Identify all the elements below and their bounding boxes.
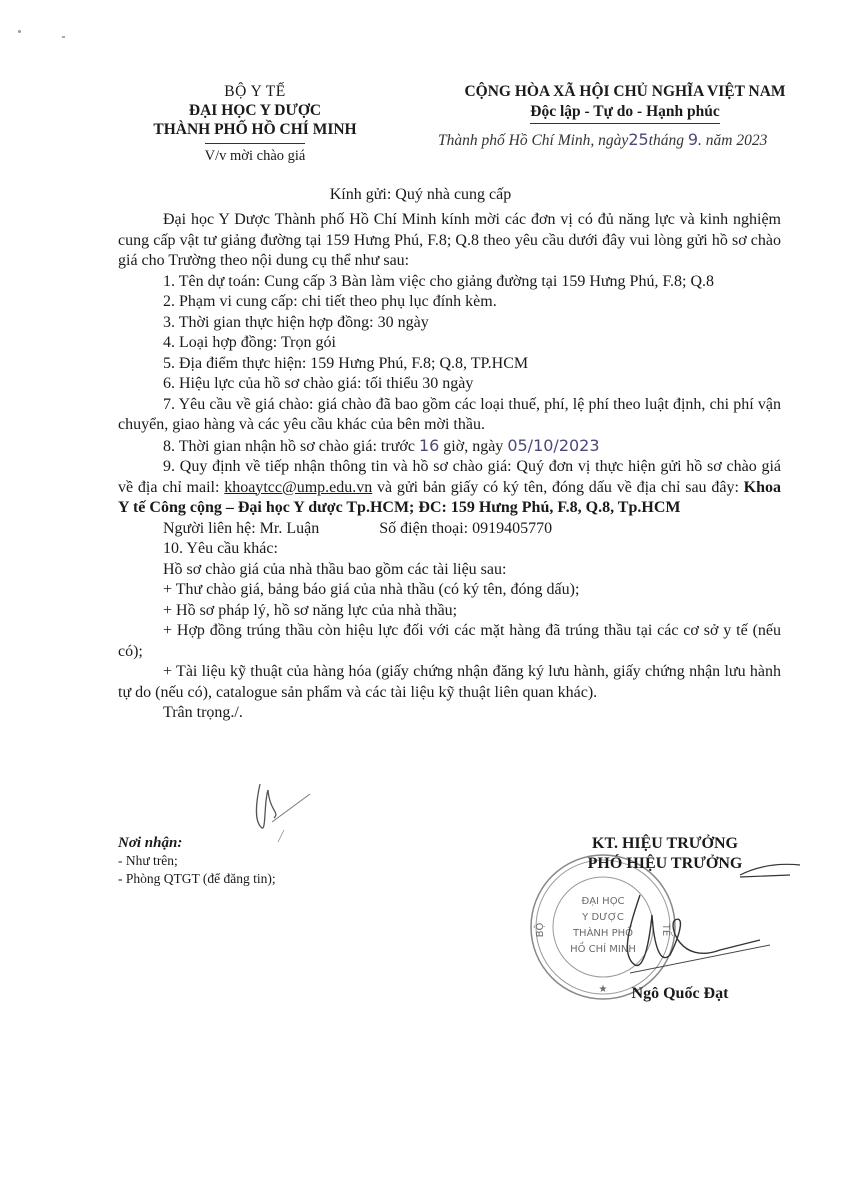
- item-9: 9. Quy định về tiếp nhận thông tin và hồ…: [118, 457, 781, 519]
- signer-name: Ngô Quốc Đạt: [585, 985, 775, 1003]
- contact-phone: Số điện thoại: 0919405770: [379, 520, 552, 537]
- subject-line: V/v mời chào giá: [120, 147, 390, 166]
- seal-left: BỘ: [533, 923, 546, 938]
- item-6: 6. Hiệu lực của hồ sơ chào giá: tối thiể…: [118, 374, 781, 395]
- item-8: 8. Thời gian nhận hồ sơ chào giá: trước …: [118, 436, 781, 458]
- handwritten-signature-icon: [590, 855, 810, 985]
- year-label: . năm 2023: [698, 132, 767, 149]
- item-4: 4. Loại hợp đồng: Trọn gói: [118, 333, 781, 354]
- item-3: 3. Thời gian thực hiện hợp đồng: 30 ngày: [118, 313, 781, 334]
- contact-row: Người liên hệ: Mr. LuậnSố điện thoại: 09…: [118, 519, 781, 540]
- handwritten-deadline-date: 05/10/2023: [507, 436, 599, 455]
- handwritten-month: 9: [688, 130, 698, 149]
- item-10-c: + Hợp đồng trúng thầu còn hiệu lực đối v…: [118, 621, 781, 662]
- item-2: 2. Phạm vi cung cấp: chi tiết theo phụ l…: [118, 292, 781, 313]
- item-10: 10. Yêu cầu khác:: [118, 539, 781, 560]
- item-8-label: 8. Thời gian nhận hồ sơ chào giá: trước: [163, 438, 419, 455]
- item-8-mid: giờ, ngày: [439, 438, 507, 455]
- item-10-b: + Hồ sơ pháp lý, hồ sơ năng lực của nhà …: [118, 601, 781, 622]
- item-7: 7. Yêu cầu về giá chào: giá chào đã bao …: [118, 395, 781, 436]
- university-name-line2: THÀNH PHỐ HỒ CHÍ MINH: [120, 120, 390, 139]
- national-header: CỘNG HÒA XÃ HỘI CHỦ NGHĨA VIỆT NAM Độc l…: [430, 82, 820, 124]
- recipients-title: Nơi nhận:: [118, 834, 276, 852]
- item-10-intro: Hồ sơ chào giá của nhà thầu bao gồm các …: [118, 560, 781, 581]
- ministry-name: BỘ Y TẾ: [120, 82, 390, 101]
- date-prefix: Thành phố Hồ Chí Minh, ngày: [438, 132, 628, 149]
- handwritten-day: 25: [628, 130, 648, 149]
- recipient-1: - Như trên;: [118, 852, 276, 870]
- national-motto: Độc lập - Tự do - Hạnh phúc: [530, 102, 719, 124]
- handwritten-hour: 16: [419, 436, 439, 455]
- item-5: 5. Địa điểm thực hiện: 159 Hưng Phú, F.8…: [118, 354, 781, 375]
- email-link[interactable]: khoaytcc@ump.edu.vn: [224, 479, 372, 496]
- item-10-a: + Thư chào giá, bảng báo giá của nhà thầ…: [118, 580, 781, 601]
- closing: Trân trọng./.: [118, 703, 781, 724]
- university-name-line1: ĐẠI HỌC Y DƯỢC: [120, 101, 390, 120]
- scan-artifact: [62, 36, 65, 38]
- scan-artifact: [18, 30, 21, 33]
- signature-title-1: KT. HIỆU TRƯỞNG: [560, 834, 770, 854]
- date-line: Thành phố Hồ Chí Minh, ngày25tháng 9. nă…: [438, 130, 767, 150]
- issuer-header: BỘ Y TẾ ĐẠI HỌC Y DƯỢC THÀNH PHỐ HỒ CHÍ …: [120, 82, 390, 166]
- recipient-2: - Phòng QTGT (để đăng tin);: [118, 870, 276, 888]
- letter-body: Đại học Y Dược Thành phố Hồ Chí Minh kín…: [118, 210, 781, 724]
- item-10-d: + Tài liệu kỹ thuật của hàng hóa (giấy c…: [118, 662, 781, 703]
- item-1: 1. Tên dự toán: Cung cấp 3 Bàn làm việc …: [118, 272, 781, 293]
- salutation: Kính gửi: Quý nhà cung cấp: [0, 186, 841, 204]
- recipients-block: Nơi nhận: - Như trên; - Phòng QTGT (để đ…: [118, 834, 276, 888]
- intro-paragraph: Đại học Y Dược Thành phố Hồ Chí Minh kín…: [118, 210, 781, 272]
- item-9-mid: và gửi bản giấy có ký tên, đóng dấu về đ…: [372, 479, 743, 496]
- republic-title: CỘNG HÒA XÃ HỘI CHỦ NGHĨA VIỆT NAM: [430, 82, 820, 102]
- month-label: tháng: [649, 132, 684, 149]
- header-divider: [205, 143, 305, 144]
- contact-person: Người liên hệ: Mr. Luận: [163, 520, 319, 537]
